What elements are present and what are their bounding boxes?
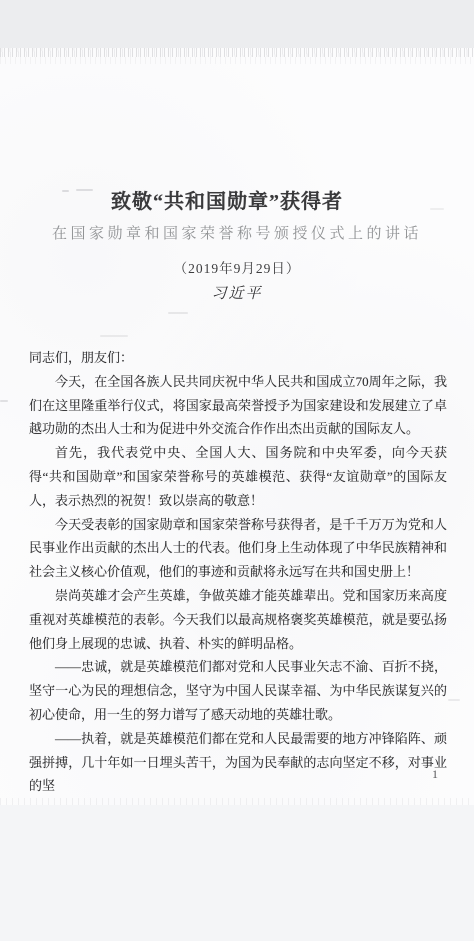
scanned-page: 致敬“共和国勋章”获得者 在国家勋章和国家荣誉称号颁授仪式上的讲话 （2019年… (0, 48, 474, 805)
body-paragraph: ——执着，就是英雄模范们都在党和人民最需要的地方冲锋陷阵、顽强拼搏，几十年如一日… (29, 727, 447, 798)
document-title: 致敬“共和国勋章”获得者 (0, 185, 454, 214)
body-paragraph: 今天，在全国各族人民共同庆祝中华人民共和国成立70周年之际，我们在这里隆重举行仪… (29, 370, 447, 441)
page-number: 1 (425, 767, 445, 782)
page-top-edge-soft (0, 57, 474, 64)
body-paragraph: ——忠诚，就是英雄模范们都对党和人民事业矢志不渝、百折不挠，坚守一心为民的理想信… (29, 655, 447, 726)
document-body: 同志们，朋友们： 今天，在全国各族人民共同庆祝中华人民共和国成立70周年之际，我… (29, 346, 447, 798)
body-paragraph: 首先，我代表党中央、全国人大、国务院和中央军委，向今天获得“共和国勋章”和国家荣… (29, 441, 447, 512)
speech-date: （2019年9月29日） (0, 257, 474, 277)
author-name: 习近平 (0, 282, 474, 303)
page-top-edge (0, 48, 474, 57)
document-subtitle: 在国家勋章和国家荣誉称号颁授仪式上的讲话 (0, 222, 474, 243)
scan-artifact (448, 699, 460, 701)
scan-artifact (100, 335, 128, 337)
page-bottom-edge (0, 798, 474, 805)
viewer-background-top (0, 0, 474, 48)
scan-artifact (168, 312, 188, 314)
body-paragraph: 崇尚英雄才会产生英雄，争做英雄才能英雄辈出。党和国家历来高度重视对英雄模范的表彰… (29, 584, 447, 655)
body-paragraph: 今天受表彰的国家勋章和国家荣誉称号获得者，是千千万万为党和人民事业作出贡献的杰出… (29, 513, 447, 584)
salutation-line: 同志们，朋友们： (29, 346, 447, 370)
scan-artifact (0, 400, 8, 402)
document-viewer[interactable]: 致敬“共和国勋章”获得者 在国家勋章和国家荣誉称号颁授仪式上的讲话 （2019年… (0, 0, 474, 941)
